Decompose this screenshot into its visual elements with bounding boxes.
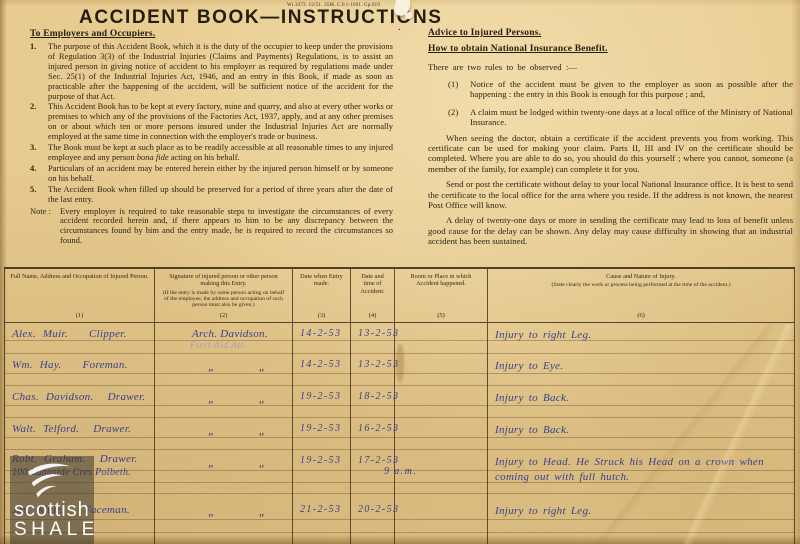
benefit-heading: How to obtain National Insurance Benefit… (428, 44, 793, 54)
table-row: Jas. Muir. Faceman. „„ 21-2-53 20-2-53 I… (4, 494, 795, 544)
advice-paragraph-2: Send or post the certificate without del… (428, 179, 793, 210)
paper-stain (396, 344, 404, 382)
handwritten-name: Walt. Telford. Drawer. (12, 423, 151, 435)
header-subtext: (If the entry is made by some person act… (160, 290, 287, 309)
ditto-marks: „„ (162, 455, 289, 470)
item-text: Particulars of an accident may be entere… (48, 163, 393, 183)
cell-room (395, 494, 488, 544)
cell-cause: Injury to Back. (488, 386, 795, 418)
header-text: Signature of injured person or other per… (160, 273, 287, 288)
page-title: ACCIDENT BOOK—INSTRUCTIONS (79, 7, 443, 29)
cell-date-entry: 21-2-53 (293, 494, 351, 544)
instruction-item-1: 1.The purpose of this Accident Book, whi… (30, 42, 393, 101)
cell-date-entry: 14-2-53 (293, 354, 351, 386)
handwritten-cause: Injury to right Leg. (495, 328, 791, 343)
cell-date-accident: 13-2-53 (351, 323, 395, 354)
rule-number: (2) (448, 107, 464, 117)
header-date-entry: Date when Entry made. (3) (293, 269, 351, 322)
handwritten-date: 20-2-53 (358, 504, 391, 515)
note-text: Every employer is required to take reaso… (60, 206, 393, 246)
handwritten-date: 17-2-53 (358, 455, 391, 466)
cell-signature: „„ (155, 450, 293, 494)
table-row: Robt. Graham. Drawer. 100 Langside Cres … (4, 450, 795, 494)
item-text: This Accident Book has to be kept at eve… (48, 101, 393, 141)
cell-date-entry: 19-2-53 (293, 450, 351, 494)
handwritten-date: 19-2-53 (300, 423, 347, 434)
cell-date-accident: 20-2-53 (351, 494, 395, 544)
item-number: 2. (30, 102, 42, 112)
handwritten-time: 9 a.m. (384, 466, 391, 477)
handwritten-date: 19-2-53 (300, 391, 347, 402)
handwritten-signature: Arch. Davidson. (162, 328, 289, 340)
header-text: Full Name, Address and Occupation of Inj… (10, 273, 149, 280)
item-number: 4. (30, 164, 42, 174)
ditto-marks: „„ (162, 391, 289, 406)
handwritten-signature-note: First Aid Att. (190, 341, 289, 351)
paper-tear (392, 0, 420, 25)
cell-signature: „„ (155, 386, 293, 418)
advice-heading: Advice to Injured Persons. (428, 28, 793, 38)
item-number: 1. (30, 42, 42, 52)
handwritten-name: Chas. Davidson. Drawer. (12, 391, 151, 403)
employer-note: Note :Every employer is required to take… (30, 207, 393, 247)
item-number: 3. (30, 143, 42, 153)
cell-date-accident: 17-2-53 9 a.m. (351, 450, 395, 494)
handwritten-cause: Injury to Back. (495, 391, 791, 406)
instruction-item-3: 3.The Book must be kept at such place as… (30, 143, 393, 163)
header-text: Cause and Nature of Injury. (493, 273, 789, 280)
header-text: Date when Entry made. (298, 273, 345, 288)
header-cause: Cause and Nature of Injury. (State clear… (488, 269, 795, 322)
header-text: Date and time of Accident. (356, 273, 389, 295)
header-subtext: (State clearly the work or process being… (493, 282, 789, 288)
column-number: (3) (298, 312, 345, 320)
item-text-italic: bona fide (137, 152, 169, 162)
cell-date-entry: 14-2-53 (293, 323, 351, 354)
injured-persons-section: Advice to Injured Persons. How to obtain… (428, 28, 793, 247)
cell-signature: Arch. Davidson. First Aid Att. (155, 323, 293, 354)
cell-cause: Injury to right Leg. (488, 323, 795, 354)
accident-book-page: Wt.3373. 12/51. 35M. C.P.1-1691. Gp.619 … (0, 0, 800, 544)
rule-1: (1)Notice of the accident must be given … (428, 79, 793, 100)
handwritten-date: 13-2-53 (358, 359, 391, 370)
cell-cause: Injury to Back. (488, 418, 795, 450)
handwritten-cause: Injury to Back. (495, 423, 791, 438)
handwritten-date: 14-2-53 (300, 328, 347, 339)
advice-paragraph-1: When seeing the doctor, obtain a certifi… (428, 133, 793, 175)
cell-room (395, 418, 488, 450)
cell-signature: „„ (155, 418, 293, 450)
cell-name: Alex. Muir. Clipper. (4, 323, 155, 354)
column-number: (6) (493, 312, 789, 320)
ditto-marks: „„ (162, 504, 289, 519)
handwritten-name: Wm. Hay. Foreman. (12, 359, 151, 371)
table-row: Chas. Davidson. Drawer. „„ 19-2-53 18-2-… (4, 386, 795, 418)
table-row: Walt. Telford. Drawer. „„ 19-2-53 16-2-5… (4, 418, 795, 450)
cell-cause: Injury to Eye. (488, 354, 795, 386)
rules-intro: There are two rules to be observed :— (428, 62, 793, 72)
employers-heading: To Employers and Occupiers. (30, 29, 393, 39)
handwritten-cause: Injury to right Leg. (495, 504, 791, 519)
instruction-item-5: 5.The Accident Book when filled up shoul… (30, 185, 393, 205)
cell-name: Chas. Davidson. Drawer. (4, 386, 155, 418)
accident-entries-table: Full Name, Address and Occupation of Inj… (4, 267, 795, 544)
header-text: Room or Place in which Accident happened… (400, 273, 482, 288)
watermark-text-shale: SHALE (14, 519, 99, 541)
advice-paragraph-3: A delay of twenty-one days or more in se… (428, 215, 793, 246)
item-text: The purpose of this Accident Book, which… (48, 41, 393, 101)
scottish-shale-watermark: scottish SHALE (10, 456, 94, 544)
scottish-shale-logo-icon (22, 458, 78, 502)
handwritten-date: 14-2-53 (300, 359, 347, 370)
item-text: acting on his behalf. (169, 152, 240, 162)
header-name: Full Name, Address and Occupation of Inj… (4, 269, 155, 322)
rule-text: Notice of the accident must be given to … (470, 79, 793, 99)
cell-cause: Injury to Head. He Struck his Head on a … (488, 450, 795, 494)
column-number: (4) (356, 312, 389, 320)
rule-text: A claim must be lodged within twenty-one… (470, 107, 793, 127)
cell-date-entry: 19-2-53 (293, 418, 351, 450)
handwritten-date: 19-2-53 (300, 455, 347, 466)
cell-room (395, 323, 488, 354)
column-number: (2) (160, 312, 287, 320)
cell-signature: „„ (155, 494, 293, 544)
table-header-row: Full Name, Address and Occupation of Inj… (4, 269, 795, 323)
handwritten-cause: Injury to Eye. (495, 359, 791, 374)
handwritten-date: 18-2-53 (358, 391, 391, 402)
instruction-item-4: 4.Particulars of an accident may be ente… (30, 164, 393, 184)
handwritten-cause: Injury to Head. He Struck his Head on a … (495, 455, 791, 485)
handwritten-date: 21-2-53 (300, 504, 347, 515)
column-number: (1) (10, 312, 149, 320)
rule-number: (1) (448, 79, 464, 89)
cell-date-accident: 18-2-53 (351, 386, 395, 418)
cell-name: Walt. Telford. Drawer. (4, 418, 155, 450)
cell-cause: Injury to right Leg. (488, 494, 795, 544)
rule-2: (2)A claim must be lodged within twenty-… (428, 107, 793, 128)
item-number: 5. (30, 185, 42, 195)
header-room: Room or Place in which Accident happened… (395, 269, 488, 322)
cell-room (395, 386, 488, 418)
cell-room (395, 354, 488, 386)
cell-room (395, 450, 488, 494)
handwritten-date: 13-2-53 (358, 328, 391, 339)
header-date-accident: Date and time of Accident. (4) (351, 269, 395, 322)
handwritten-name: Alex. Muir. Clipper. (12, 328, 151, 340)
instruction-item-2: 2.This Accident Book has to be kept at e… (30, 102, 393, 142)
ditto-marks: „„ (162, 423, 289, 438)
header-signature: Signature of injured person or other per… (155, 269, 293, 322)
cell-date-accident: 16-2-53 (351, 418, 395, 450)
handwritten-date: 16-2-53 (358, 423, 391, 434)
item-text: The Accident Book when filled up should … (48, 184, 393, 204)
employers-section: To Employers and Occupiers. 1.The purpos… (30, 29, 393, 246)
column-number: (5) (400, 312, 482, 320)
cell-date-accident: 13-2-53 (351, 354, 395, 386)
cell-name: Wm. Hay. Foreman. (4, 354, 155, 386)
cell-signature: „„ (155, 354, 293, 386)
note-label: Note : (30, 207, 54, 217)
ditto-marks: „„ (162, 359, 289, 374)
cell-date-entry: 19-2-53 (293, 386, 351, 418)
